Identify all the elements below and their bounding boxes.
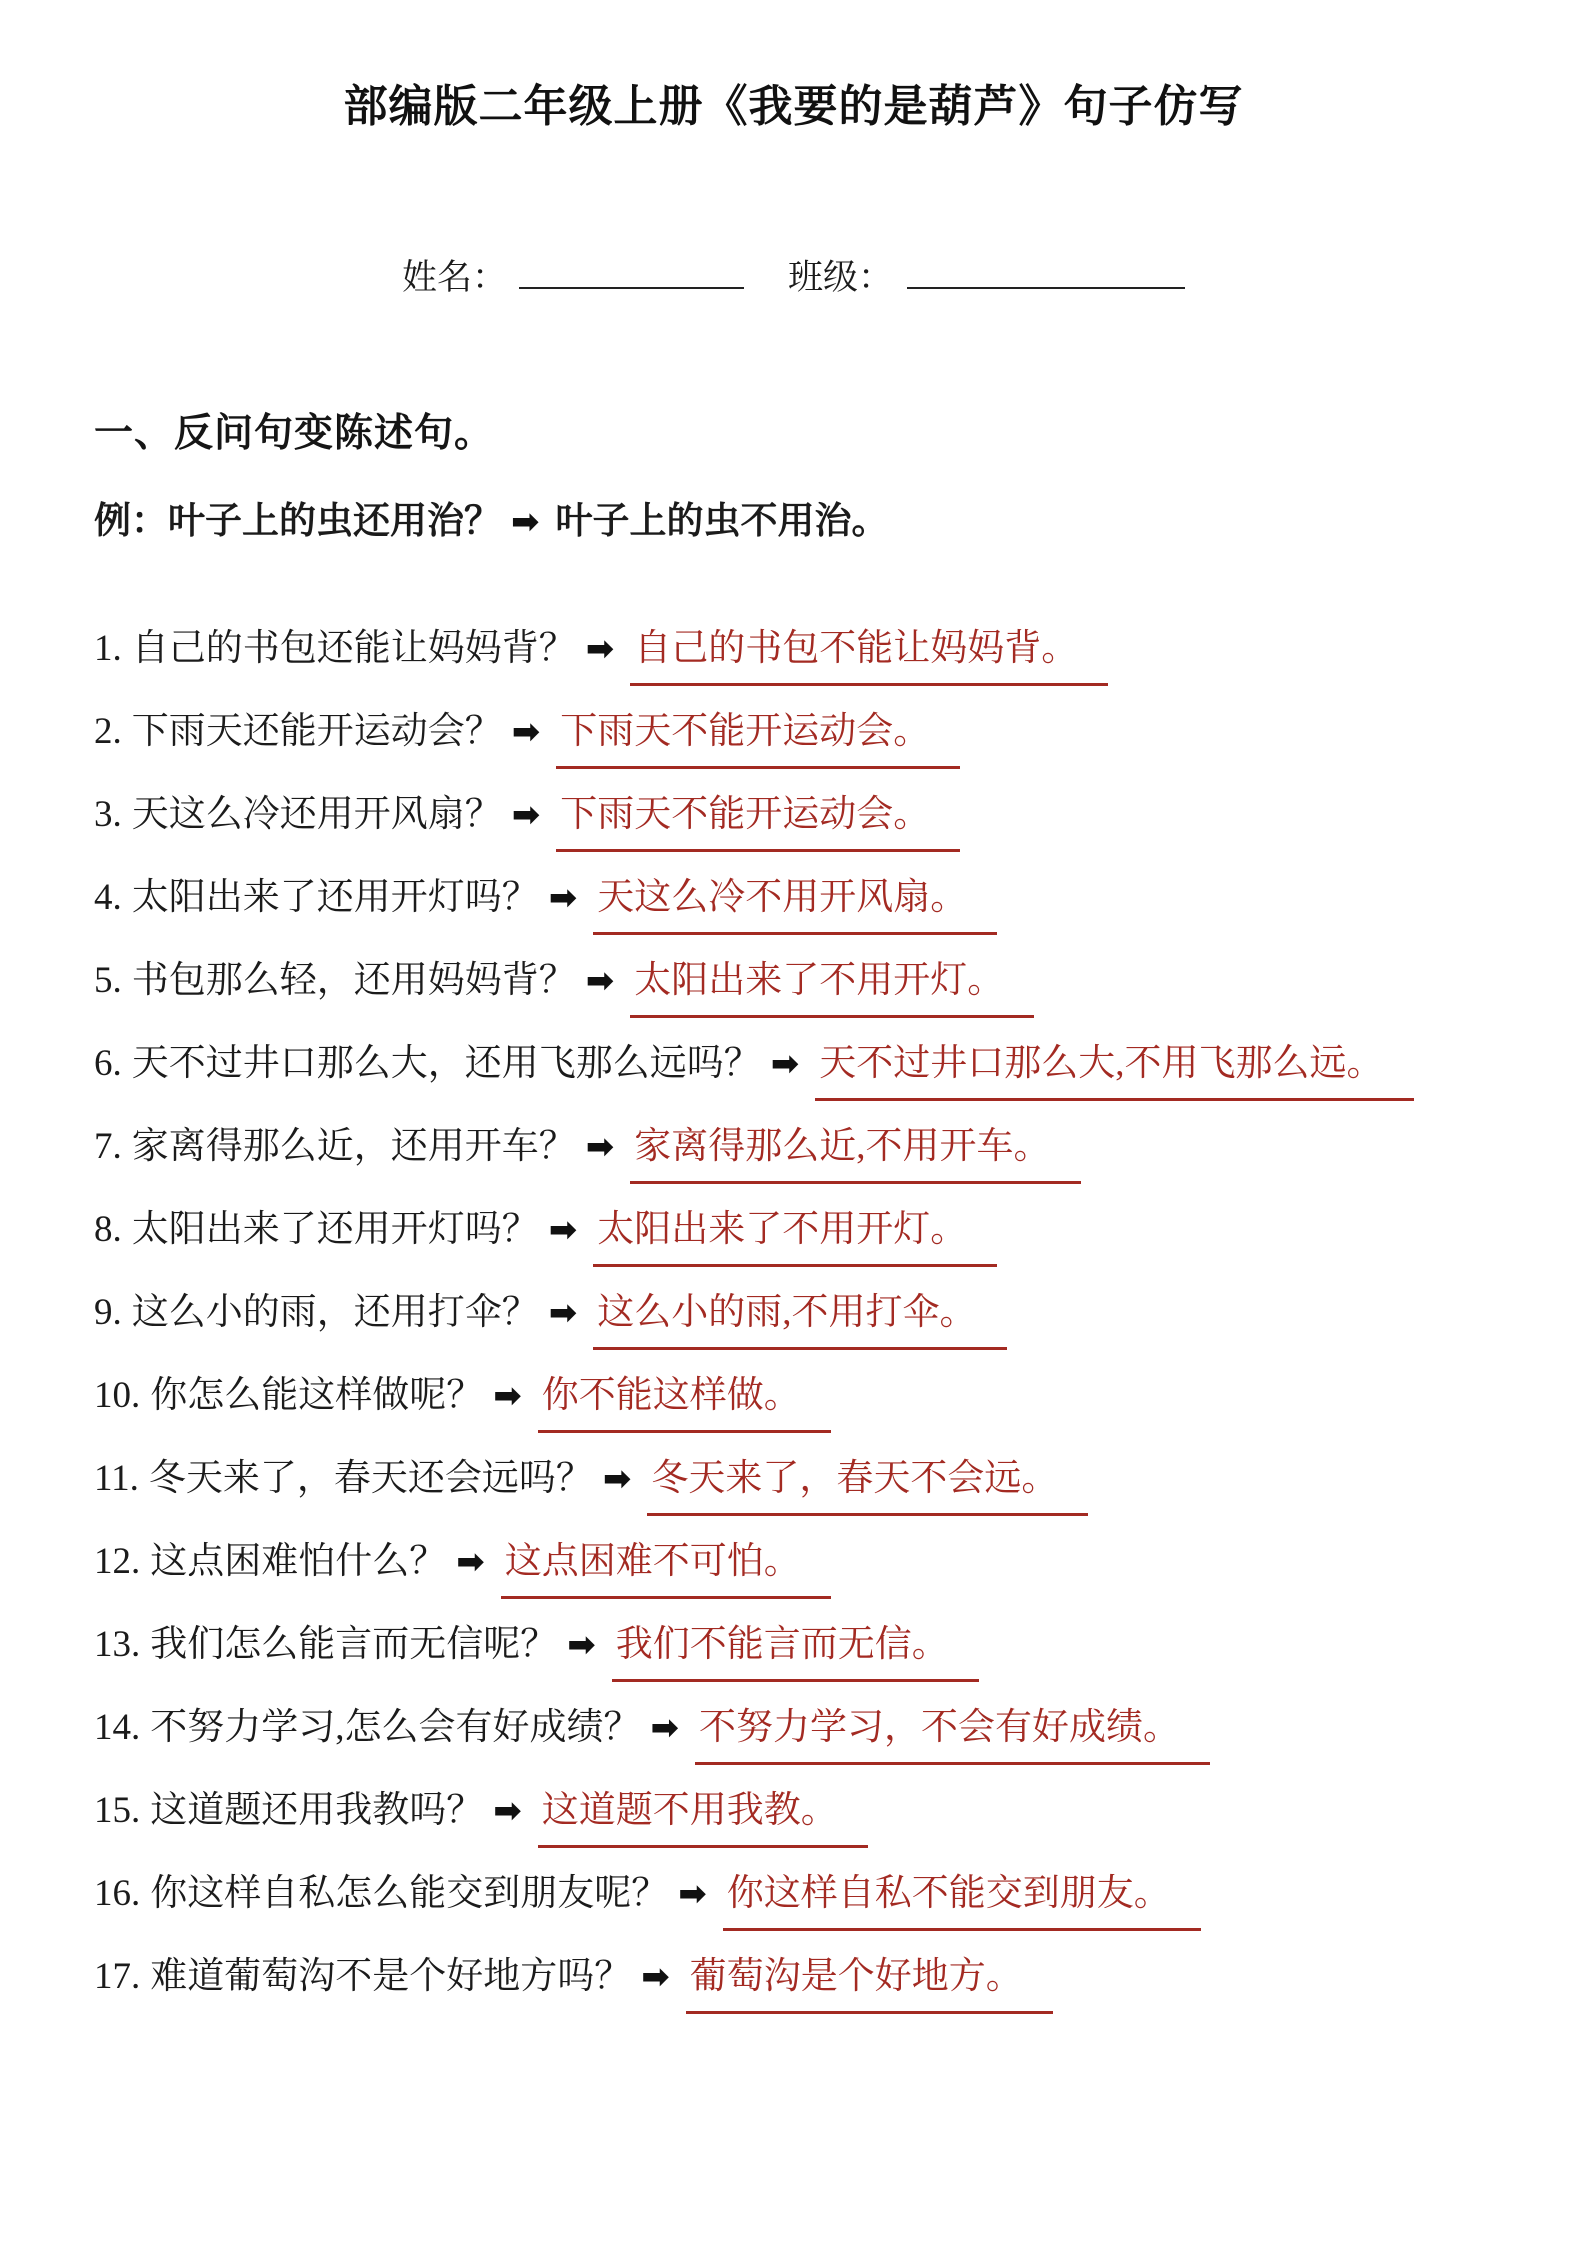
- item-answer: 这么小的雨,不用打伞。: [593, 1288, 1006, 1350]
- arrow-icon: ➡: [549, 1293, 578, 1333]
- item-answer: 葡萄沟是个好地方。: [686, 1952, 1053, 2014]
- item-row: 5.书包那么轻，还用妈妈背？➡太阳出来了不用开灯。: [94, 956, 1587, 1006]
- item-answer: 你不能这样做。: [538, 1371, 831, 1433]
- arrow-icon: ➡: [586, 1127, 615, 1167]
- example-line: 例：叶子上的虫还用治？➡叶子上的虫不用治。: [94, 490, 1587, 544]
- example-label: 例：: [94, 501, 168, 542]
- item-question: 太阳出来了还用开灯吗？: [132, 877, 539, 918]
- arrow-icon: ➡: [641, 1957, 670, 1997]
- arrow-icon: ➡: [511, 502, 540, 542]
- item-number: 13.: [94, 1624, 140, 1665]
- item-row: 17.难道葡萄沟不是个好地方吗？➡葡萄沟是个好地方。: [94, 1952, 1587, 2002]
- arrow-icon: ➡: [512, 795, 541, 835]
- item-question: 家离得那么近，还用开车？: [132, 1126, 576, 1167]
- item-number: 14.: [94, 1707, 140, 1748]
- item-row: 7.家离得那么近，还用开车？➡家离得那么近,不用开车。: [94, 1122, 1587, 1172]
- item-row: 4.太阳出来了还用开灯吗？➡天这么冷不用开风扇。: [94, 873, 1587, 923]
- arrow-icon: ➡: [512, 712, 541, 752]
- item-answer: 下雨天不能开运动会。: [556, 790, 960, 852]
- item-question: 天这么冷还用开风扇？: [132, 794, 502, 835]
- item-number: 17.: [94, 1956, 140, 1997]
- item-row: 12.这点困难怕什么？➡这点困难不可怕。: [94, 1537, 1587, 1587]
- example-answer: 叶子上的虫不用治。: [556, 501, 889, 542]
- class-blank[interactable]: [907, 251, 1185, 289]
- arrow-icon: ➡: [493, 1376, 522, 1416]
- arrow-icon: ➡: [456, 1542, 485, 1582]
- arrow-icon: ➡: [549, 1210, 578, 1250]
- item-list: 1.自己的书包还能让妈妈背？➡自己的书包不能让妈妈背。 2.下雨天还能开运动会？…: [94, 624, 1587, 2002]
- item-question: 太阳出来了还用开灯吗？: [132, 1209, 539, 1250]
- item-row: 10.你怎么能这样做呢？➡你不能这样做。: [94, 1371, 1587, 1421]
- item-question: 下雨天还能开运动会？: [132, 711, 502, 752]
- item-row: 3.天这么冷还用开风扇？➡下雨天不能开运动会。: [94, 790, 1587, 840]
- item-question: 冬天来了，春天还会远吗？: [149, 1458, 593, 1499]
- item-answer: 我们不能言而无信。: [612, 1620, 979, 1682]
- arrow-icon: ➡: [771, 1044, 800, 1084]
- item-row: 8.太阳出来了还用开灯吗？➡太阳出来了不用开灯。: [94, 1205, 1587, 1255]
- page-title: 部编版二年级上册《我要的是葫芦》句子仿写: [0, 0, 1587, 134]
- item-row: 2.下雨天还能开运动会？➡下雨天不能开运动会。: [94, 707, 1587, 757]
- item-number: 8.: [94, 1209, 122, 1250]
- item-number: 4.: [94, 877, 122, 918]
- item-row: 9.这么小的雨，还用打伞？➡这么小的雨,不用打伞。: [94, 1288, 1587, 1338]
- arrow-icon: ➡: [678, 1874, 707, 1914]
- item-answer: 下雨天不能开运动会。: [556, 707, 960, 769]
- item-question: 书包那么轻，还用妈妈背？: [132, 960, 576, 1001]
- name-label: 姓名：: [402, 258, 507, 297]
- item-answer: 天不过井口那么大,不用飞那么远。: [815, 1039, 1413, 1101]
- item-question: 这道题还用我教吗？: [150, 1790, 483, 1831]
- example-question: 叶子上的虫还用治？: [168, 501, 501, 542]
- name-class-row: 姓名：班级：: [0, 250, 1587, 300]
- item-row: 16.你这样自私怎么能交到朋友呢？➡你这样自私不能交到朋友。: [94, 1869, 1587, 1919]
- item-number: 10.: [94, 1375, 140, 1416]
- item-question: 这么小的雨，还用打伞？: [132, 1292, 539, 1333]
- item-answer: 不努力学习，不会有好成绩。: [695, 1703, 1210, 1765]
- item-question: 我们怎么能言而无信呢？: [150, 1624, 557, 1665]
- item-question: 自己的书包还能让妈妈背？: [132, 628, 576, 669]
- item-answer: 太阳出来了不用开灯。: [593, 1205, 997, 1267]
- item-row: 14.不努力学习,怎么会有好成绩？➡不努力学习，不会有好成绩。: [94, 1703, 1587, 1753]
- item-row: 1.自己的书包还能让妈妈背？➡自己的书包不能让妈妈背。: [94, 624, 1587, 674]
- item-question: 你怎么能这样做呢？: [150, 1375, 483, 1416]
- item-number: 15.: [94, 1790, 140, 1831]
- item-question: 不努力学习,怎么会有好成绩？: [150, 1707, 640, 1748]
- item-row: 6.天不过井口那么大，还用飞那么远吗？➡天不过井口那么大,不用飞那么远。: [94, 1039, 1587, 1089]
- item-answer: 这道题不用我教。: [538, 1786, 868, 1848]
- section-heading: 一、反问句变陈述句。: [94, 402, 1587, 458]
- item-row: 13.我们怎么能言而无信呢？➡我们不能言而无信。: [94, 1620, 1587, 1670]
- item-question: 难道葡萄沟不是个好地方吗？: [150, 1956, 631, 1997]
- item-answer: 天这么冷不用开风扇。: [593, 873, 997, 935]
- item-question: 这点困难怕什么？: [150, 1541, 446, 1582]
- name-blank[interactable]: [519, 251, 744, 289]
- item-number: 9.: [94, 1292, 122, 1333]
- item-number: 16.: [94, 1873, 140, 1914]
- item-number: 5.: [94, 960, 122, 1001]
- item-answer: 自己的书包不能让妈妈背。: [630, 624, 1108, 686]
- item-answer: 冬天来了，春天不会远。: [647, 1454, 1088, 1516]
- item-number: 11.: [94, 1458, 139, 1499]
- arrow-icon: ➡: [567, 1625, 596, 1665]
- item-answer: 这点困难不可怕。: [501, 1537, 831, 1599]
- item-question: 你这样自私怎么能交到朋友呢？: [150, 1873, 668, 1914]
- class-label: 班级：: [788, 258, 893, 297]
- arrow-icon: ➡: [549, 878, 578, 918]
- item-answer: 家离得那么近,不用开车。: [630, 1122, 1080, 1184]
- arrow-icon: ➡: [586, 961, 615, 1001]
- arrow-icon: ➡: [493, 1791, 522, 1831]
- item-number: 7.: [94, 1126, 122, 1167]
- item-question: 天不过井口那么大，还用飞那么远吗？: [132, 1043, 761, 1084]
- item-row: 11.冬天来了，春天还会远吗？➡冬天来了，春天不会远。: [94, 1454, 1587, 1504]
- worksheet-page: 部编版二年级上册《我要的是葫芦》句子仿写 姓名：班级： 一、反问句变陈述句。 例…: [0, 0, 1587, 2245]
- item-number: 6.: [94, 1043, 122, 1084]
- item-number: 3.: [94, 794, 122, 835]
- item-number: 2.: [94, 711, 122, 752]
- item-number: 1.: [94, 628, 122, 669]
- arrow-icon: ➡: [586, 629, 615, 669]
- arrow-icon: ➡: [603, 1459, 632, 1499]
- item-row: 15.这道题还用我教吗？➡这道题不用我教。: [94, 1786, 1587, 1836]
- item-answer: 你这样自私不能交到朋友。: [723, 1869, 1201, 1931]
- arrow-icon: ➡: [651, 1708, 680, 1748]
- item-number: 12.: [94, 1541, 140, 1582]
- item-answer: 太阳出来了不用开灯。: [630, 956, 1034, 1018]
